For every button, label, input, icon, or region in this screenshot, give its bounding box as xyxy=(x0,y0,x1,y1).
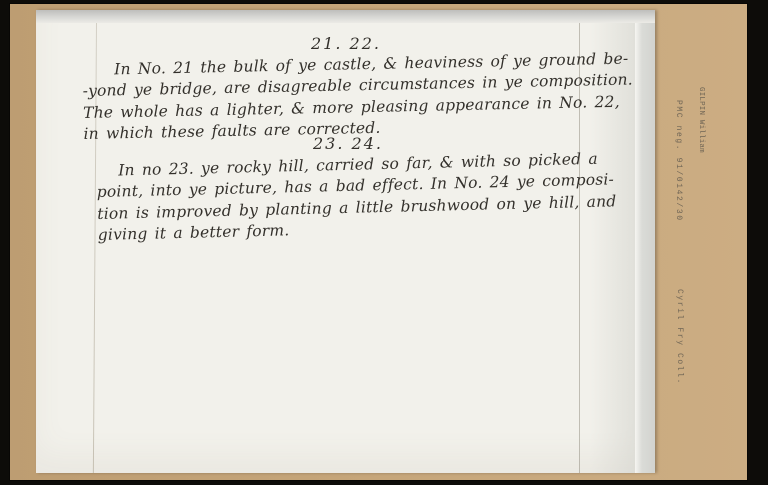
section-paragraph-23-24: In no 23. ye rocky hill, carried so far,… xyxy=(96,148,617,246)
collection-label: Cyril Fry Coll. xyxy=(675,289,684,385)
section-heading-21-22: 21. 22. xyxy=(286,34,406,53)
section-paragraph-21-22: In No. 21 the bulk of ye castle, & heavi… xyxy=(82,48,634,145)
photo-top-edge xyxy=(36,10,655,23)
archive-photo-scan: { "photo_archive_card": { "artist": "GIL… xyxy=(0,0,768,485)
manuscript-photo-page: 21. 22. In No. 21 the bulk of ye castle,… xyxy=(36,10,655,473)
section-heading-23-24: 23. 24. xyxy=(288,134,408,153)
negative-number-label: PMC neg. 91/0142/30 xyxy=(674,100,683,222)
artist-name-label: GILPIN William xyxy=(697,87,705,153)
photo-right-edge xyxy=(635,23,655,473)
